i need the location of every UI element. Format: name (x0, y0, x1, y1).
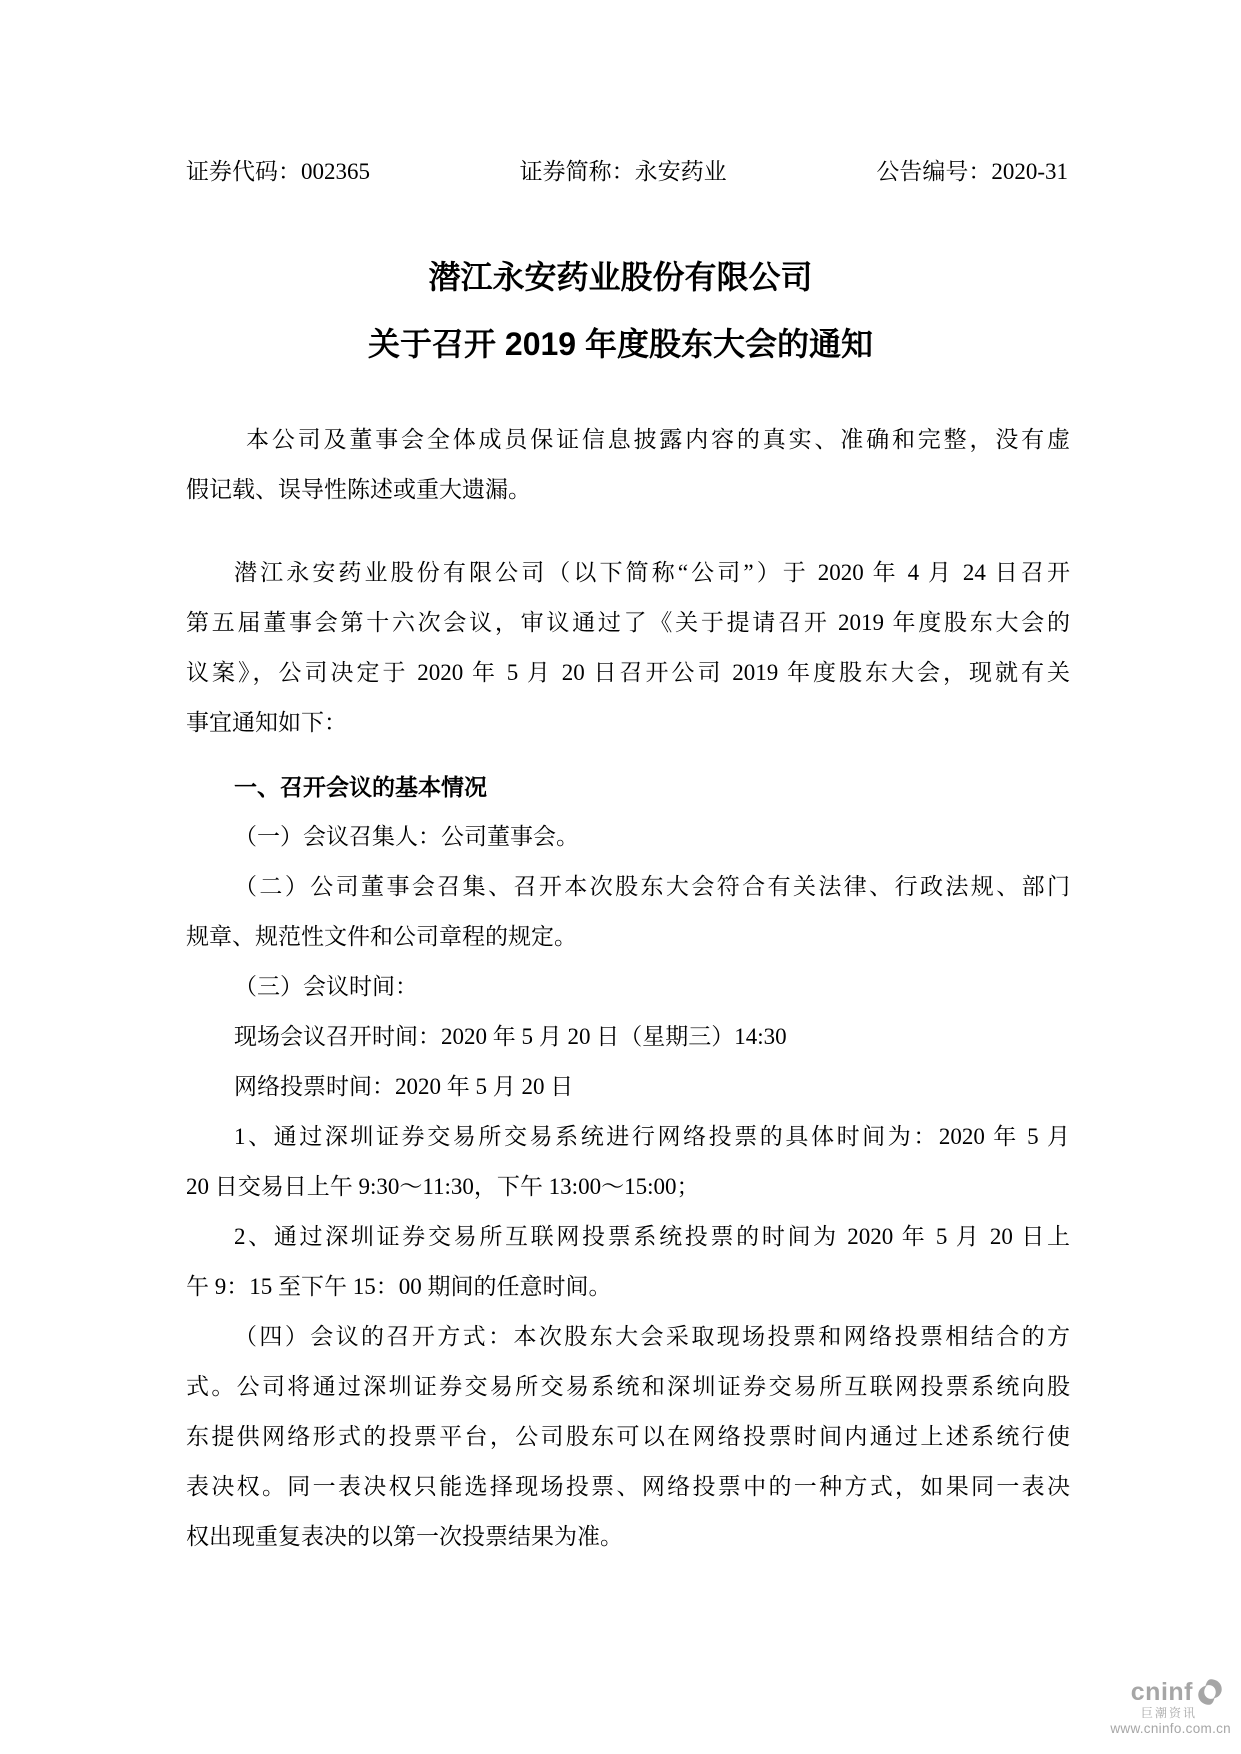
document-body: 本公司及董事会全体成员保证信息披露内容的真实、准确和完整，没有虚 假记载、误导性… (186, 415, 1070, 1562)
internet-voting-line-2: 午 9：15 至下午 15：00 期间的任意时间。 (186, 1262, 1070, 1312)
intro-paragraph: 潜江永安药业股份有限公司（以下简称“公司”）于 2020 年 4 月 24 日召… (186, 548, 1070, 748)
announcement-number: 公告编号：2020-31 (876, 158, 1068, 185)
convener-item: （一）会议召集人：公司董事会。 (186, 812, 1070, 862)
trading-system-voting-item: 1、通过深圳证券交易所交易系统进行网络投票的具体时间为：2020 年 5 月 2… (186, 1112, 1070, 1212)
document-header: 证券代码：002365 证券简称：永安药业 公告编号：2020-31 (186, 158, 1068, 185)
meeting-method-line-2: 式。公司将通过深圳证券交易所交易系统和深圳证券交易所互联网投票系统向股 (186, 1362, 1070, 1412)
internet-voting-line-1: 2、通过深圳证券交易所互联网投票系统投票的时间为 2020 年 5 月 20 日… (186, 1212, 1070, 1262)
cninfo-brand-row: cninf (1110, 1678, 1223, 1706)
stock-name: 证券简称：永安药业 (520, 158, 727, 185)
legality-item: （二）公司董事会召集、召开本次股东大会符合有关法律、行政法规、部门 规章、规范性… (186, 862, 1070, 962)
onsite-meeting-time: 现场会议召开时间：2020 年 5 月 20 日（星期三）14:30 (186, 1012, 1070, 1062)
section-1-heading: 一、召开会议的基本情况 (186, 762, 1070, 812)
meeting-method-line-3: 东提供网络形式的投票平台，公司股东可以在网络投票时间内通过上述系统行使 (186, 1412, 1070, 1462)
legality-line-2: 规章、规范性文件和公司章程的规定。 (186, 912, 1070, 962)
disclaimer-line-1: 本公司及董事会全体成员保证信息披露内容的真实、准确和完整，没有虚 (186, 415, 1070, 465)
meeting-method-line-1: （四）会议的召开方式：本次股东大会采取现场投票和网络投票相结合的方 (186, 1312, 1070, 1362)
meeting-method-line-4: 表决权。同一表决权只能选择现场投票、网络投票中的一种方式，如果同一表决 (186, 1462, 1070, 1512)
legality-line-1: （二）公司董事会召集、召开本次股东大会符合有关法律、行政法规、部门 (186, 862, 1070, 912)
cninfo-swoosh-icon (1197, 1678, 1223, 1706)
cninfo-logo: cninf 巨潮资讯 www.cninfo.com.cn (1110, 1678, 1231, 1736)
intro-line-3: 议案》，公司决定于 2020 年 5 月 20 日召开公司 2019 年度股东大… (186, 648, 1070, 698)
meeting-method-item: （四）会议的召开方式：本次股东大会采取现场投票和网络投票相结合的方 式。公司将通… (186, 1312, 1070, 1562)
meeting-time-item: （三）会议时间： (186, 962, 1070, 1012)
intro-line-1: 潜江永安药业股份有限公司（以下简称“公司”）于 2020 年 4 月 24 日召… (186, 548, 1070, 598)
cninfo-chinese-name: 巨潮资讯 (1110, 1707, 1197, 1720)
internet-voting-item: 2、通过深圳证券交易所互联网投票系统投票的时间为 2020 年 5 月 20 日… (186, 1212, 1070, 1312)
trading-system-voting-line-1: 1、通过深圳证券交易所交易系统进行网络投票的具体时间为：2020 年 5 月 (186, 1112, 1070, 1162)
intro-line-4: 事宜通知如下： (186, 698, 1070, 748)
stock-code: 证券代码：002365 (186, 158, 370, 185)
cninfo-brand-text: cninf (1131, 1680, 1193, 1705)
disclaimer-line-2: 假记载、误导性陈述或重大遗漏。 (186, 465, 1070, 515)
notice-title: 关于召开 2019 年度股东大会的通知 (0, 326, 1241, 362)
meeting-method-line-5: 权出现重复表决的以第一次投票结果为准。 (186, 1512, 1070, 1562)
trading-system-voting-line-2: 20 日交易日上午 9:30～11:30，下午 13:00～15:00； (186, 1162, 1070, 1212)
online-voting-time: 网络投票时间：2020 年 5 月 20 日 (186, 1062, 1070, 1112)
intro-line-2: 第五届董事会第十六次会议，审议通过了《关于提请召开 2019 年度股东大会的 (186, 598, 1070, 648)
cninfo-url-text: www.cninfo.com.cn (1110, 1721, 1231, 1736)
company-title: 潜江永安药业股份有限公司 (0, 259, 1241, 295)
disclaimer-paragraph: 本公司及董事会全体成员保证信息披露内容的真实、准确和完整，没有虚 假记载、误导性… (186, 415, 1070, 515)
document-page: 证券代码：002365 证券简称：永安药业 公告编号：2020-31 潜江永安药… (0, 0, 1241, 1754)
